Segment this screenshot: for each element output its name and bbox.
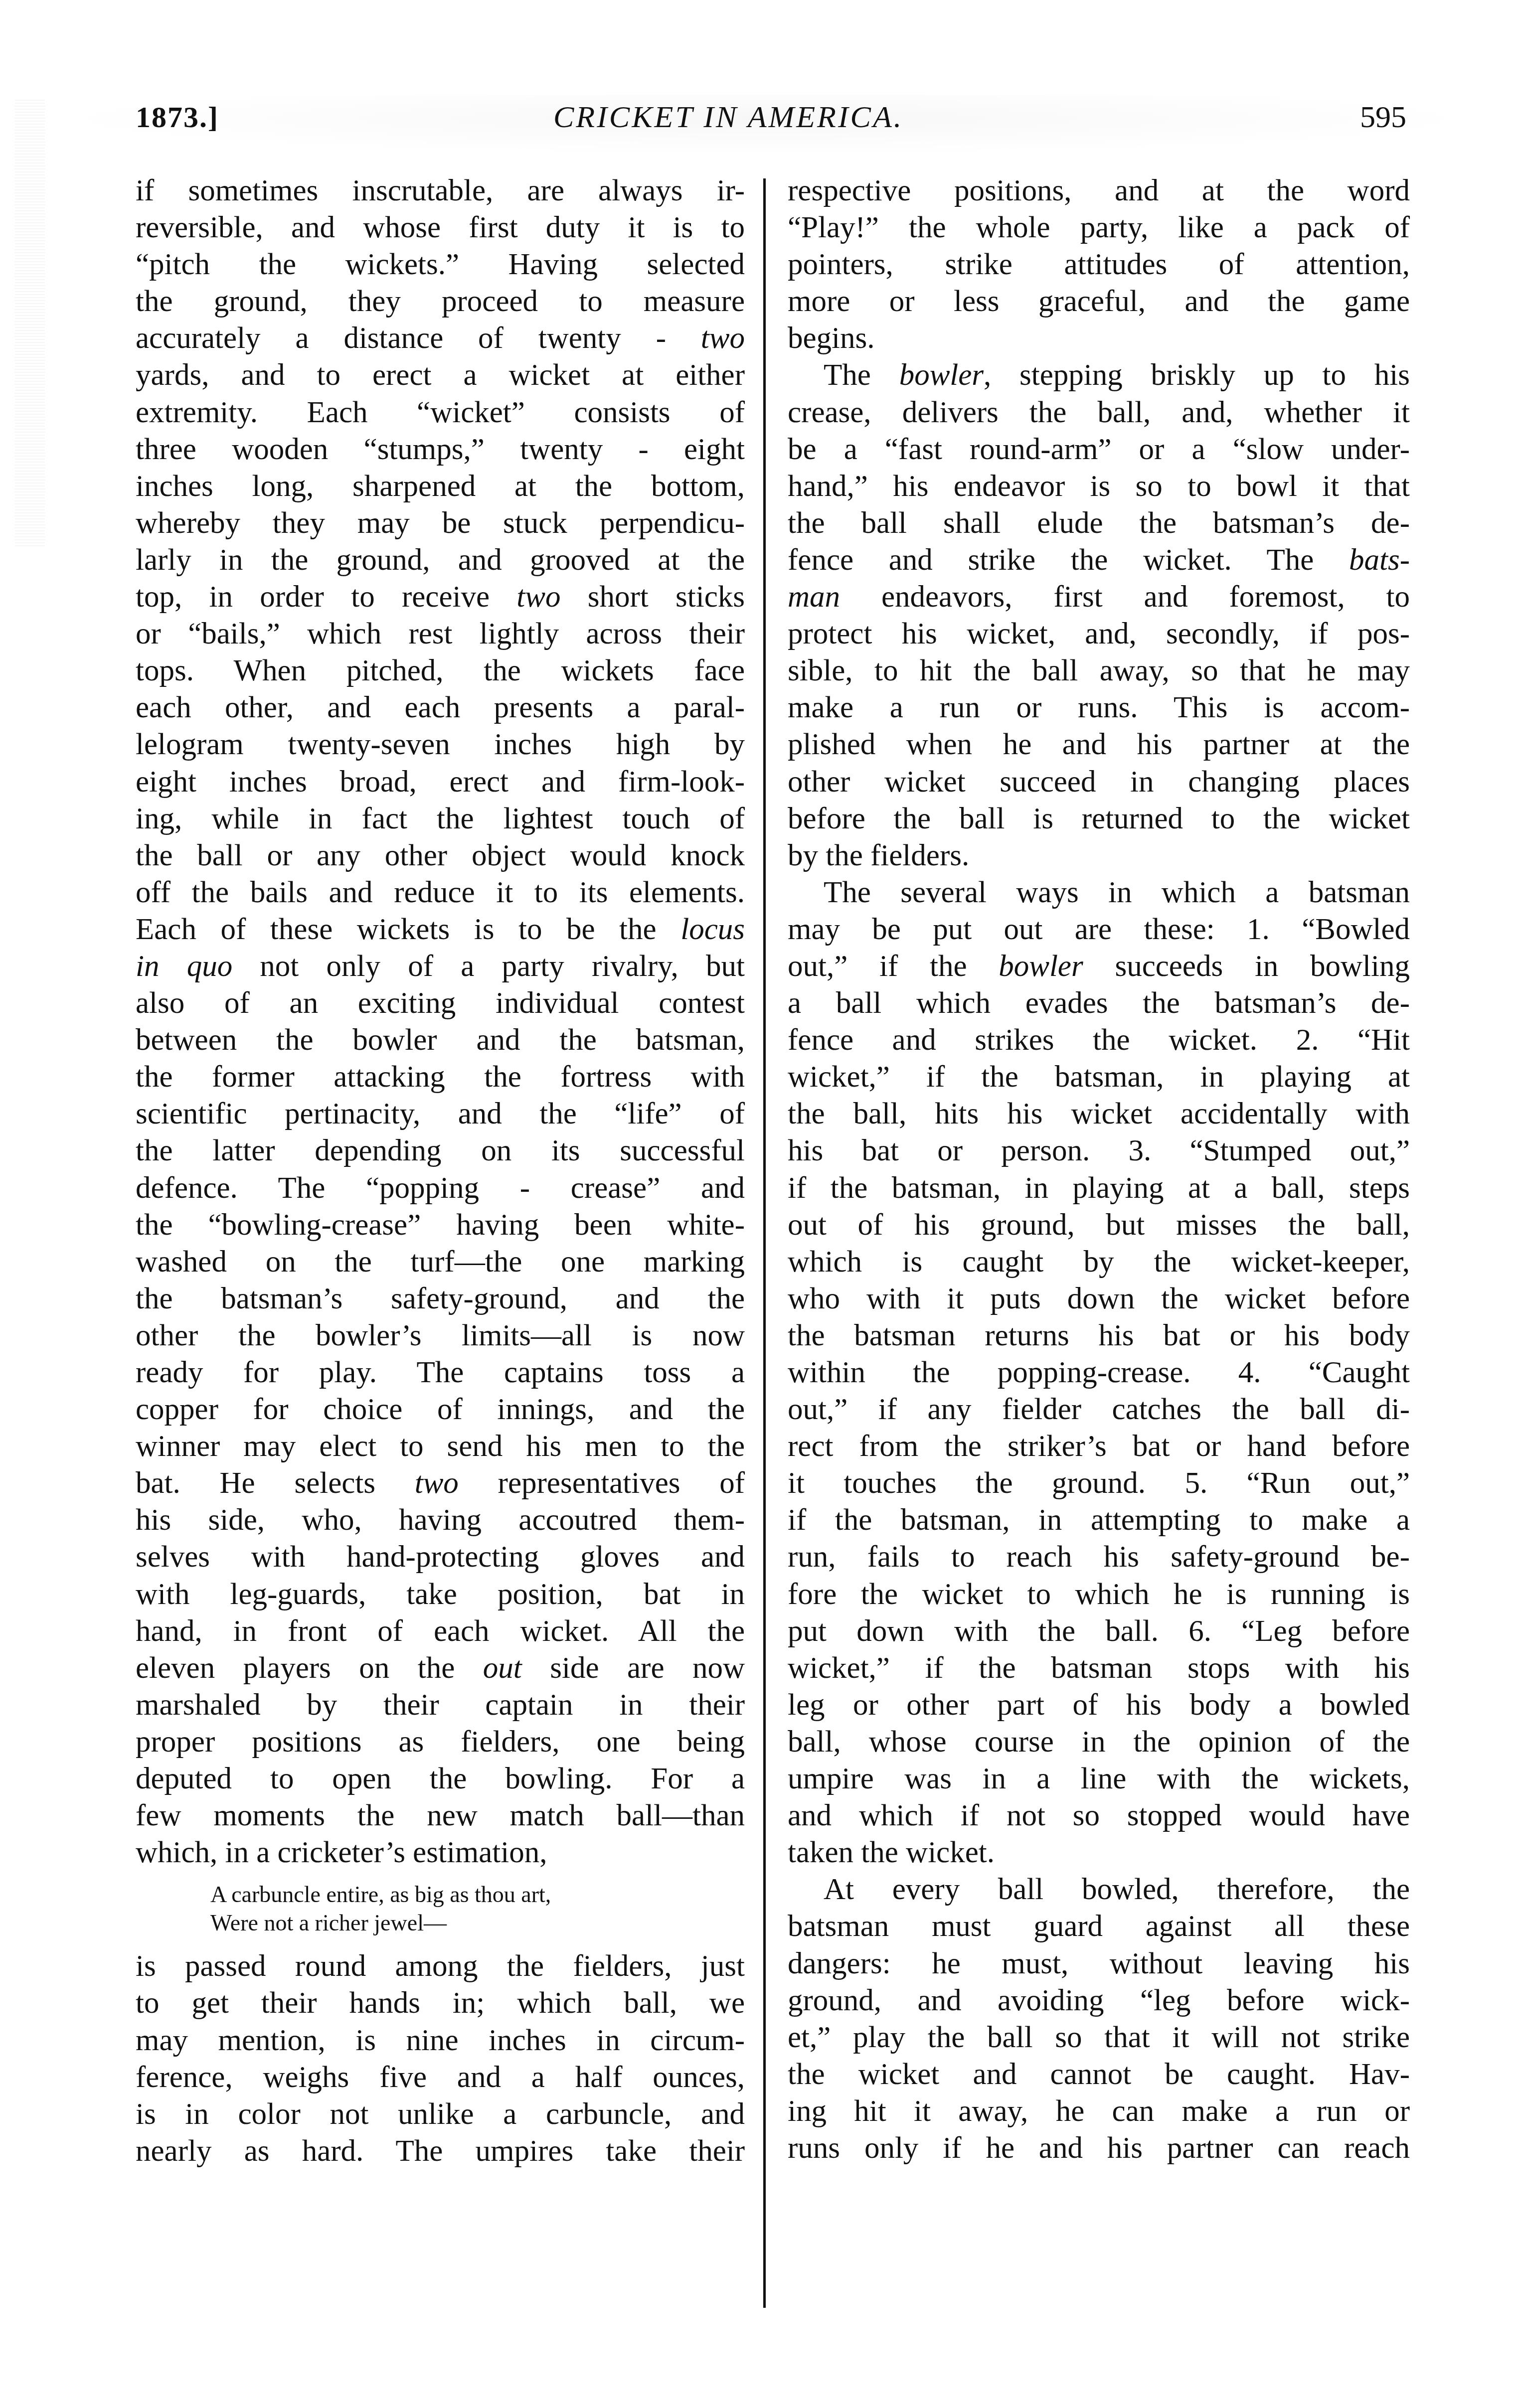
- text-line: rect from the striker’s bat or hand befo…: [788, 1428, 1410, 1465]
- text-line: be a “fast round-arm” or a “slow under-: [788, 431, 1410, 468]
- left-column-body-after-verse: is passed round among the fielders, just…: [136, 1948, 745, 2170]
- text-line: inches long, sharpened at the bottom,: [136, 468, 745, 505]
- text-line: is in color not unlike a carbuncle, and: [136, 2096, 745, 2133]
- text-line: ball, whose course in the opinion of the: [788, 1724, 1410, 1761]
- text-line: a ball which evades the batsman’s de-: [788, 985, 1410, 1022]
- text-line: eight inches broad, erect and firm-look-: [136, 764, 745, 801]
- text-line: copper for choice of innings, and the: [136, 1391, 745, 1428]
- text-line: fore the wicket to which he is running i…: [788, 1576, 1410, 1613]
- text-line: tops. When pitched, the wickets face: [136, 652, 745, 689]
- text-line: other the bowler’s limits—all is now: [136, 1317, 745, 1354]
- text-line: the former attacking the fortress with: [136, 1059, 745, 1096]
- left-column: if sometimes inscrutable, are always ir-…: [136, 172, 745, 2170]
- text-line: defence. The “popping - crease” and: [136, 1170, 745, 1207]
- text-line: proper positions as fielders, one being: [136, 1724, 745, 1761]
- text-line: who with it puts down the wicket before: [788, 1281, 1410, 1317]
- text-line: wicket,” if the batsman, in playing at: [788, 1059, 1410, 1096]
- text-line: umpire was in a line with the wickets,: [788, 1761, 1410, 1797]
- text-line: the batsman returns his bat or his body: [788, 1317, 1410, 1354]
- right-column-body: respective positions, and at the word“Pl…: [788, 172, 1410, 2167]
- text-line: selves with hand-protecting gloves and: [136, 1539, 745, 1576]
- running-head-title: CRICKET IN AMERICA.: [553, 97, 903, 137]
- text-line: sible, to hit the ball away, so that he …: [788, 652, 1410, 689]
- text-line: more or less graceful, and the game: [788, 283, 1410, 320]
- text-line: put down with the ball. 6. “Leg before: [788, 1613, 1410, 1650]
- text-line: pointers, strike attitudes of attention,: [788, 246, 1410, 283]
- text-line: the latter depending on its successful: [136, 1132, 745, 1169]
- text-line: yards, and to erect a wicket at either: [136, 357, 745, 394]
- column-divider-rule: [763, 178, 766, 2308]
- text-line: extremity. Each “wicket” consists of: [136, 394, 745, 431]
- text-line: crease, delivers the ball, and, whether …: [788, 394, 1410, 431]
- text-line: respective positions, and at the word: [788, 172, 1410, 209]
- verse-line: A carbuncle entire, as big as thou art,: [136, 1880, 745, 1909]
- text-line: may be put out are these: 1. “Bowled: [788, 911, 1410, 948]
- text-line: before the ball is returned to the wicke…: [788, 801, 1410, 837]
- text-line: with leg-guards, take position, bat in: [136, 1576, 745, 1613]
- text-line: by the fielders.: [788, 837, 1410, 874]
- text-line: runs only if he and his partner can reac…: [788, 2130, 1410, 2167]
- text-line: “pitch the wickets.” Having selected: [136, 246, 745, 283]
- text-line: eleven players on the out side are now: [136, 1650, 745, 1687]
- text-line: if sometimes inscrutable, are always ir-: [136, 172, 745, 209]
- text-line: The bowler, stepping briskly up to his: [788, 357, 1410, 394]
- text-line: dangers: he must, without leaving his: [788, 1945, 1410, 1982]
- text-line: ing, while in fact the lightest touch of: [136, 801, 745, 837]
- text-line: begins.: [788, 320, 1410, 357]
- text-line: each other, and each presents a paral-: [136, 689, 745, 726]
- text-line: the ball or any other object would knock: [136, 837, 745, 874]
- text-line: or “bails,” which rest lightly across th…: [136, 616, 745, 652]
- text-line: the ball shall elude the batsman’s de-: [788, 505, 1410, 542]
- right-column: respective positions, and at the word“Pl…: [788, 172, 1410, 2167]
- text-line: the “bowling-crease” having been white-: [136, 1207, 745, 1244]
- left-column-body-before-verse: if sometimes inscrutable, are always ir-…: [136, 172, 745, 1871]
- text-line: winner may elect to send his men to the: [136, 1428, 745, 1465]
- text-line: et,” play the ball so that it will not s…: [788, 2019, 1410, 2056]
- text-line: reversible, and whose first duty it is t…: [136, 209, 745, 246]
- text-line: three wooden “stumps,” twenty - eight: [136, 431, 745, 468]
- text-line: hand,” his endeavor is so to bowl it tha…: [788, 468, 1410, 505]
- text-line: if the batsman, in attempting to make a: [788, 1502, 1410, 1539]
- text-line: within the popping-crease. 4. “Caught: [788, 1354, 1410, 1391]
- text-line: run, fails to reach his safety-ground be…: [788, 1539, 1410, 1576]
- running-head-year: 1873.]: [136, 97, 219, 137]
- text-line: nearly as hard. The umpires take their: [136, 2133, 745, 2170]
- text-line: fence and strikes the wicket. 2. “Hit: [788, 1022, 1410, 1059]
- verse-quotation: A carbuncle entire, as big as thou art,W…: [136, 1871, 745, 1948]
- text-line: plished when he and his partner at the: [788, 726, 1410, 763]
- text-line: ing hit it away, he can make a run or: [788, 2093, 1410, 2130]
- text-line: the ground, they proceed to measure: [136, 283, 745, 320]
- text-line: make a run or runs. This is accom-: [788, 689, 1410, 726]
- text-line: fence and strike the wicket. The bats-: [788, 542, 1410, 579]
- verse-line: Were not a richer jewel—: [136, 1909, 745, 1937]
- text-line: ground, and avoiding “leg before wick-: [788, 1982, 1410, 2019]
- text-line: the ball, hits his wicket accidentally w…: [788, 1096, 1410, 1132]
- text-line: it touches the ground. 5. “Run out,”: [788, 1465, 1410, 1502]
- text-line: lelogram twenty-seven inches high by: [136, 726, 745, 763]
- text-line: out,” if the bowler succeeds in bowling: [788, 948, 1410, 985]
- text-line: At every ball bowled, therefore, the: [788, 1871, 1410, 1908]
- text-line: his bat or person. 3. “Stumped out,”: [788, 1132, 1410, 1169]
- text-line: leg or other part of his body a bowled: [788, 1687, 1410, 1724]
- text-line: the wicket and cannot be caught. Hav-: [788, 2056, 1410, 2093]
- page-edge-shadow: [15, 100, 45, 548]
- text-line: washed on the turf—the one marking: [136, 1244, 745, 1281]
- text-line: marshaled by their captain in their: [136, 1687, 745, 1724]
- text-line: and which if not so stopped would have: [788, 1797, 1410, 1834]
- text-line: taken the wicket.: [788, 1834, 1410, 1871]
- text-line: out,” if any fielder catches the ball di…: [788, 1391, 1410, 1428]
- text-line: hand, in front of each wicket. All the: [136, 1613, 745, 1650]
- text-line: his side, who, having accoutred them-: [136, 1502, 745, 1539]
- text-line: few moments the new match ball—than: [136, 1797, 745, 1834]
- text-line: deputed to open the bowling. For a: [136, 1761, 745, 1797]
- text-line: wicket,” if the batsman stops with his: [788, 1650, 1410, 1687]
- text-line: “Play!” the whole party, like a pack of: [788, 209, 1410, 246]
- text-line: which, in a cricketer’s estimation,: [136, 1834, 745, 1871]
- text-line: The several ways in which a batsman: [788, 874, 1410, 911]
- text-line: off the bails and reduce it to its eleme…: [136, 874, 745, 911]
- text-line: out of his ground, but misses the ball,: [788, 1207, 1410, 1244]
- text-line: whereby they may be stuck perpendicu-: [136, 505, 745, 542]
- text-line: scientific pertinacity, and the “life” o…: [136, 1096, 745, 1132]
- text-line: also of an exciting individual contest: [136, 985, 745, 1022]
- page-number: 595: [1360, 97, 1406, 137]
- text-line: if the batsman, in playing at a ball, st…: [788, 1170, 1410, 1207]
- text-line: ready for play. The captains toss a: [136, 1354, 745, 1391]
- text-line: to get their hands in; which ball, we: [136, 1985, 745, 2022]
- text-line: which is caught by the wicket-keeper,: [788, 1244, 1410, 1281]
- text-line: top, in order to receive two short stick…: [136, 579, 745, 616]
- text-line: may mention, is nine inches in circum-: [136, 2022, 745, 2059]
- text-line: bat. He selects two representatives of: [136, 1465, 745, 1502]
- text-line: in quo not only of a party rivalry, but: [136, 948, 745, 985]
- text-line: accurately a distance of twenty - two: [136, 320, 745, 357]
- text-line: the batsman’s safety-ground, and the: [136, 1281, 745, 1317]
- text-line: ference, weighs five and a half ounces,: [136, 2059, 745, 2096]
- text-line: between the bowler and the batsman,: [136, 1022, 745, 1059]
- text-line: man endeavors, first and foremost, to: [788, 579, 1410, 616]
- text-line: protect his wicket, and, secondly, if po…: [788, 616, 1410, 652]
- text-line: other wicket succeed in changing places: [788, 764, 1410, 801]
- text-line: batsman must guard against all these: [788, 1908, 1410, 1945]
- scanned-page: 1873.] CRICKET IN AMERICA. 595 if someti…: [0, 0, 1521, 2408]
- text-line: larly in the ground, and grooved at the: [136, 542, 745, 579]
- text-line: is passed round among the fielders, just: [136, 1948, 745, 1985]
- text-line: Each of these wickets is to be the locus: [136, 911, 745, 948]
